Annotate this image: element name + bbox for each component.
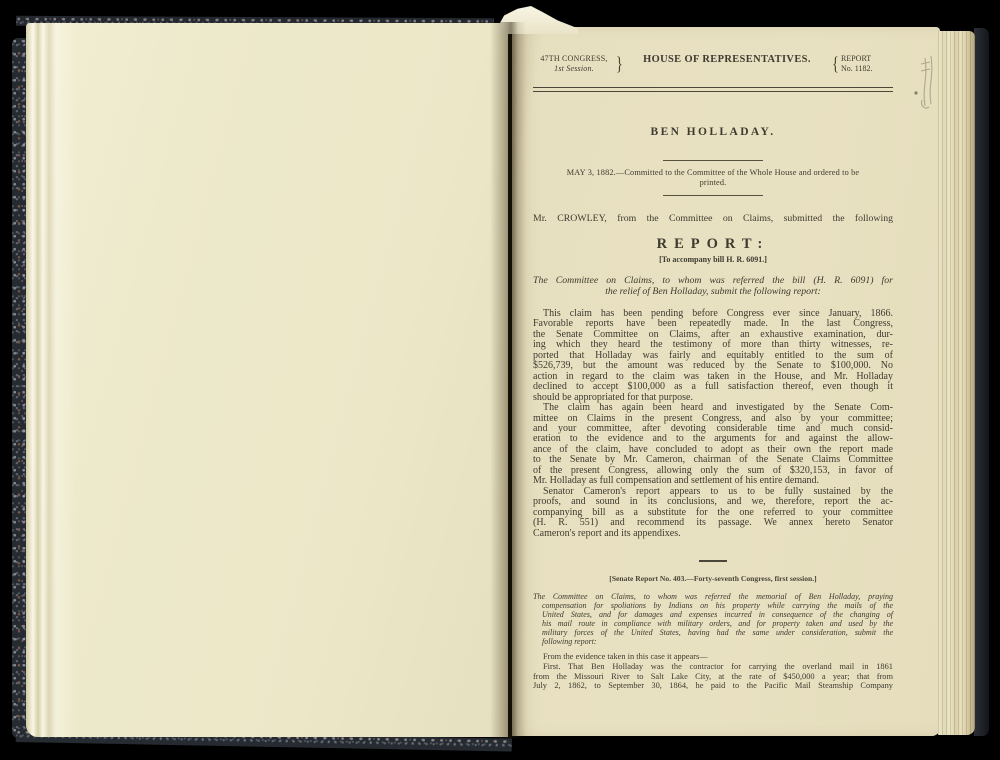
body-paragraph-1: This claim has been pending before Congr… bbox=[533, 309, 893, 403]
report-heading: REPORT: bbox=[533, 236, 893, 252]
accompany-note: [To accompany bill H. R. 6091.] bbox=[533, 255, 893, 264]
header-brace-right: { bbox=[832, 54, 838, 76]
senate-report-caption: [Senate Report No. 403.—Forty-seventh Co… bbox=[533, 575, 893, 584]
pencil-annotation bbox=[912, 44, 938, 114]
evidence-intro: From the evidence taken in this case it … bbox=[533, 652, 893, 662]
left-blank-page bbox=[26, 23, 508, 737]
document-title: BEN HOLLADAY. bbox=[533, 126, 893, 138]
submitted-line: Mr. CROWLEY, from the Committee on Claim… bbox=[533, 213, 893, 224]
text-line: The Committee on Claims, to whom was ref… bbox=[533, 592, 893, 601]
text-line: military forces of the United States, ha… bbox=[533, 628, 893, 637]
text-line: First. That Ben Holladay was the contrac… bbox=[533, 662, 893, 672]
text-line: The claim has again been heard and inves… bbox=[533, 403, 893, 413]
text-line: United States, and for damages and expen… bbox=[533, 610, 893, 619]
report-body: This claim has been pending before Congr… bbox=[533, 309, 893, 539]
header-brace-left: } bbox=[616, 54, 622, 76]
report-header: 47TH CONGRESS, 1st Session. } HOUSE OF R… bbox=[533, 54, 893, 76]
text-line: his mail route in compliance with milita… bbox=[533, 619, 893, 628]
header-congress: 47TH CONGRESS, bbox=[533, 54, 615, 64]
header-session: 1st Session. bbox=[533, 64, 615, 74]
body-paragraph-3: Senator Cameron's report appears to us t… bbox=[533, 487, 893, 539]
double-rule bbox=[533, 87, 893, 92]
header-report-number: No. 1182. bbox=[841, 64, 893, 74]
memorial-paragraph: The Committee on Claims, to whom was ref… bbox=[533, 592, 893, 646]
book-cover-edge-right bbox=[974, 28, 989, 736]
text-line: following report: bbox=[533, 637, 893, 646]
ink-speck bbox=[914, 91, 917, 94]
book-cover-edge-left bbox=[12, 38, 27, 738]
section-dash-rule bbox=[699, 560, 727, 562]
text-line: from the Missouri River to Salt Lake Cit… bbox=[533, 672, 893, 682]
evidence-paragraph: First. That Ben Holladay was the contrac… bbox=[533, 662, 893, 691]
page-curl-shading bbox=[26, 23, 86, 737]
text-line: The Committee on Claims, to whom was ref… bbox=[533, 275, 893, 286]
text-line: compensation for spoliations by Indians … bbox=[533, 601, 893, 610]
separator-rule bbox=[663, 195, 763, 196]
committed-line: MAY 3, 1882.—Committed to the Committee … bbox=[533, 168, 893, 188]
photo-background: 47TH CONGRESS, 1st Session. } HOUSE OF R… bbox=[0, 0, 1000, 760]
text-line: July 2, 1862, to September 30, 1864, he … bbox=[533, 681, 893, 691]
text-line: (H. R. 551) and recommend its passage. W… bbox=[533, 518, 893, 528]
body-paragraph-2: The claim has again been heard and inves… bbox=[533, 403, 893, 487]
printed-text-block: 47TH CONGRESS, 1st Session. } HOUSE OF R… bbox=[533, 27, 893, 691]
header-chamber: HOUSE OF REPRESENTATIVES. bbox=[623, 54, 831, 65]
text-line: Cameron's report and its appendixes. bbox=[533, 529, 893, 539]
page-edge-stack bbox=[938, 31, 975, 735]
text-line: the relief of Ben Holladay, submit the f… bbox=[533, 286, 893, 297]
header-report-label: REPORT bbox=[841, 54, 893, 64]
separator-rule bbox=[663, 160, 763, 161]
referral-paragraph: The Committee on Claims, to whom was ref… bbox=[533, 275, 893, 297]
